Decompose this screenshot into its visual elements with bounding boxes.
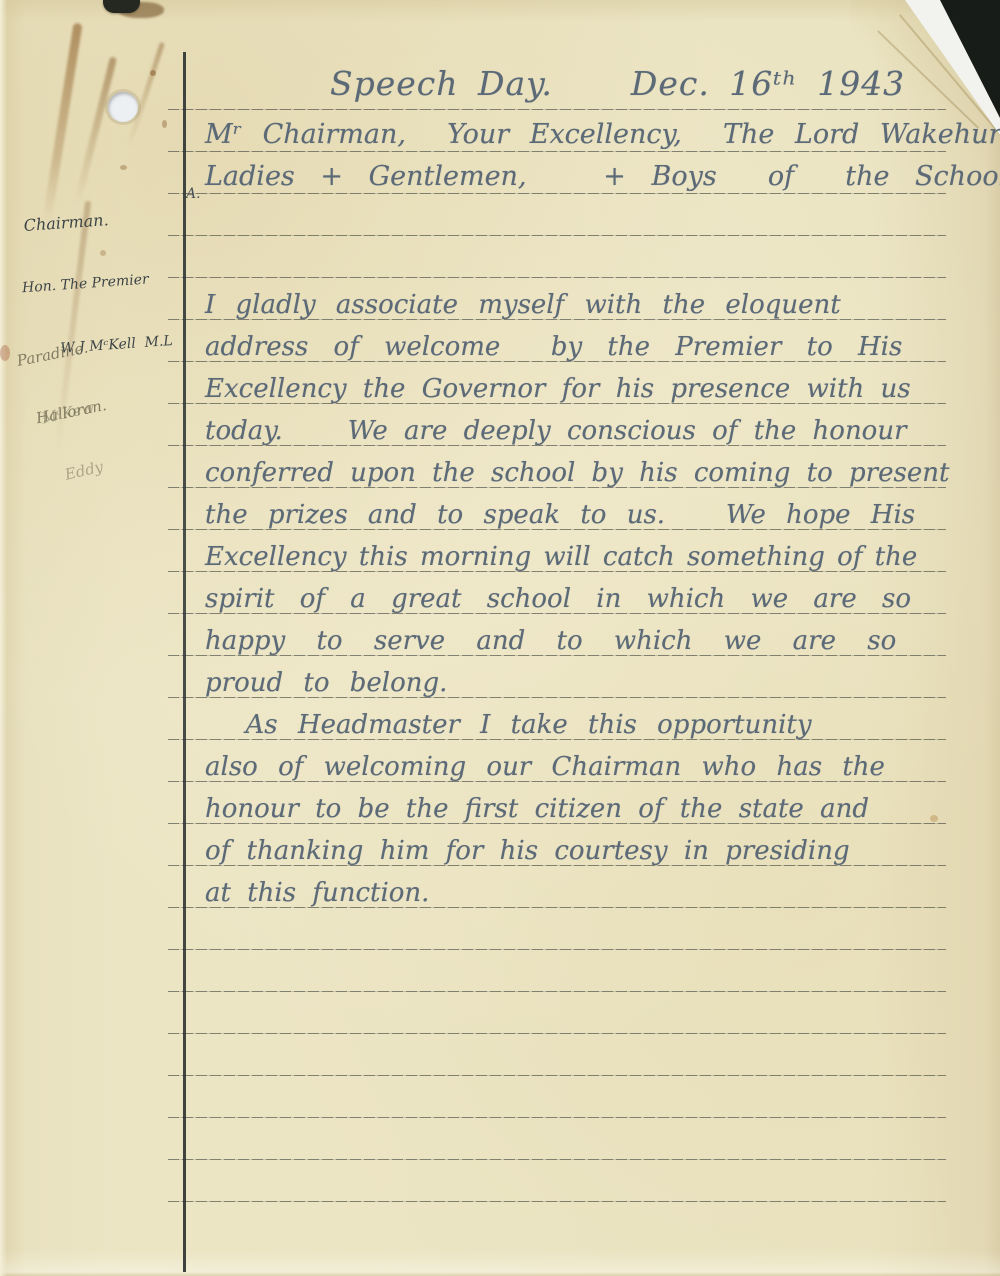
page-title: Speech Day. Dec. 16ᵗʰ 1943	[330, 64, 905, 103]
pencil-note-line: Eddy	[63, 456, 110, 485]
handwritten-line-salutation: Mʳ Chairman, Your Excellency, The Lord W…	[205, 116, 953, 154]
handwritten-line: Excellency this morning will catch somet…	[205, 538, 953, 576]
binder-notch	[103, 0, 140, 13]
handwritten-line: today. We are deeply conscious of the ho…	[205, 412, 953, 450]
handwritten-line: happy to serve and to which we are so	[205, 622, 953, 660]
punch-hole	[108, 92, 138, 122]
handwritten-line: the prizes and to speak to us. We hope H…	[205, 496, 953, 534]
handwritten-line: honour to be the first citizen of the st…	[205, 790, 953, 828]
handwritten-line: As Headmaster I take this opportunity	[205, 706, 953, 744]
paper-left-edge	[0, 0, 7, 1276]
stain-speck	[150, 70, 156, 76]
scanned-document: Speech Day. Dec. 16ᵗʰ 1943 Chairman. Hon…	[0, 0, 1000, 1276]
handwritten-line: address of welcome by the Premier to His	[205, 328, 953, 366]
handwritten-line-salutation: Ladies + Gentlemen, + Boys of the School…	[205, 158, 953, 196]
margin-rule-line	[183, 52, 186, 1272]
handwritten-line: at this function.	[205, 874, 953, 912]
stain-speck	[0, 345, 10, 361]
handwritten-line: Excellency the Governor for his presence…	[205, 370, 953, 408]
handwritten-line: of thanking him for his courtesy in pres…	[205, 832, 953, 870]
handwritten-line: also of welcoming our Chairman who has t…	[205, 748, 953, 786]
handwritten-line: I gladly associate myself with the eloqu…	[205, 286, 953, 324]
handwritten-line: conferred upon the school by his coming …	[205, 454, 953, 492]
handwritten-line: proud to belong.	[205, 664, 953, 702]
stain-speck	[162, 120, 167, 128]
margin-note-line: Chairman.	[23, 205, 165, 236]
scanner-background-corner	[940, 0, 1000, 118]
margin-marker-a: A.	[186, 186, 201, 202]
handwritten-line: spirit of a great school in which we are…	[205, 580, 953, 618]
pencil-note-line: MᶜKew	[40, 397, 96, 428]
margin-note-line: Hon. The Premier	[21, 268, 169, 299]
